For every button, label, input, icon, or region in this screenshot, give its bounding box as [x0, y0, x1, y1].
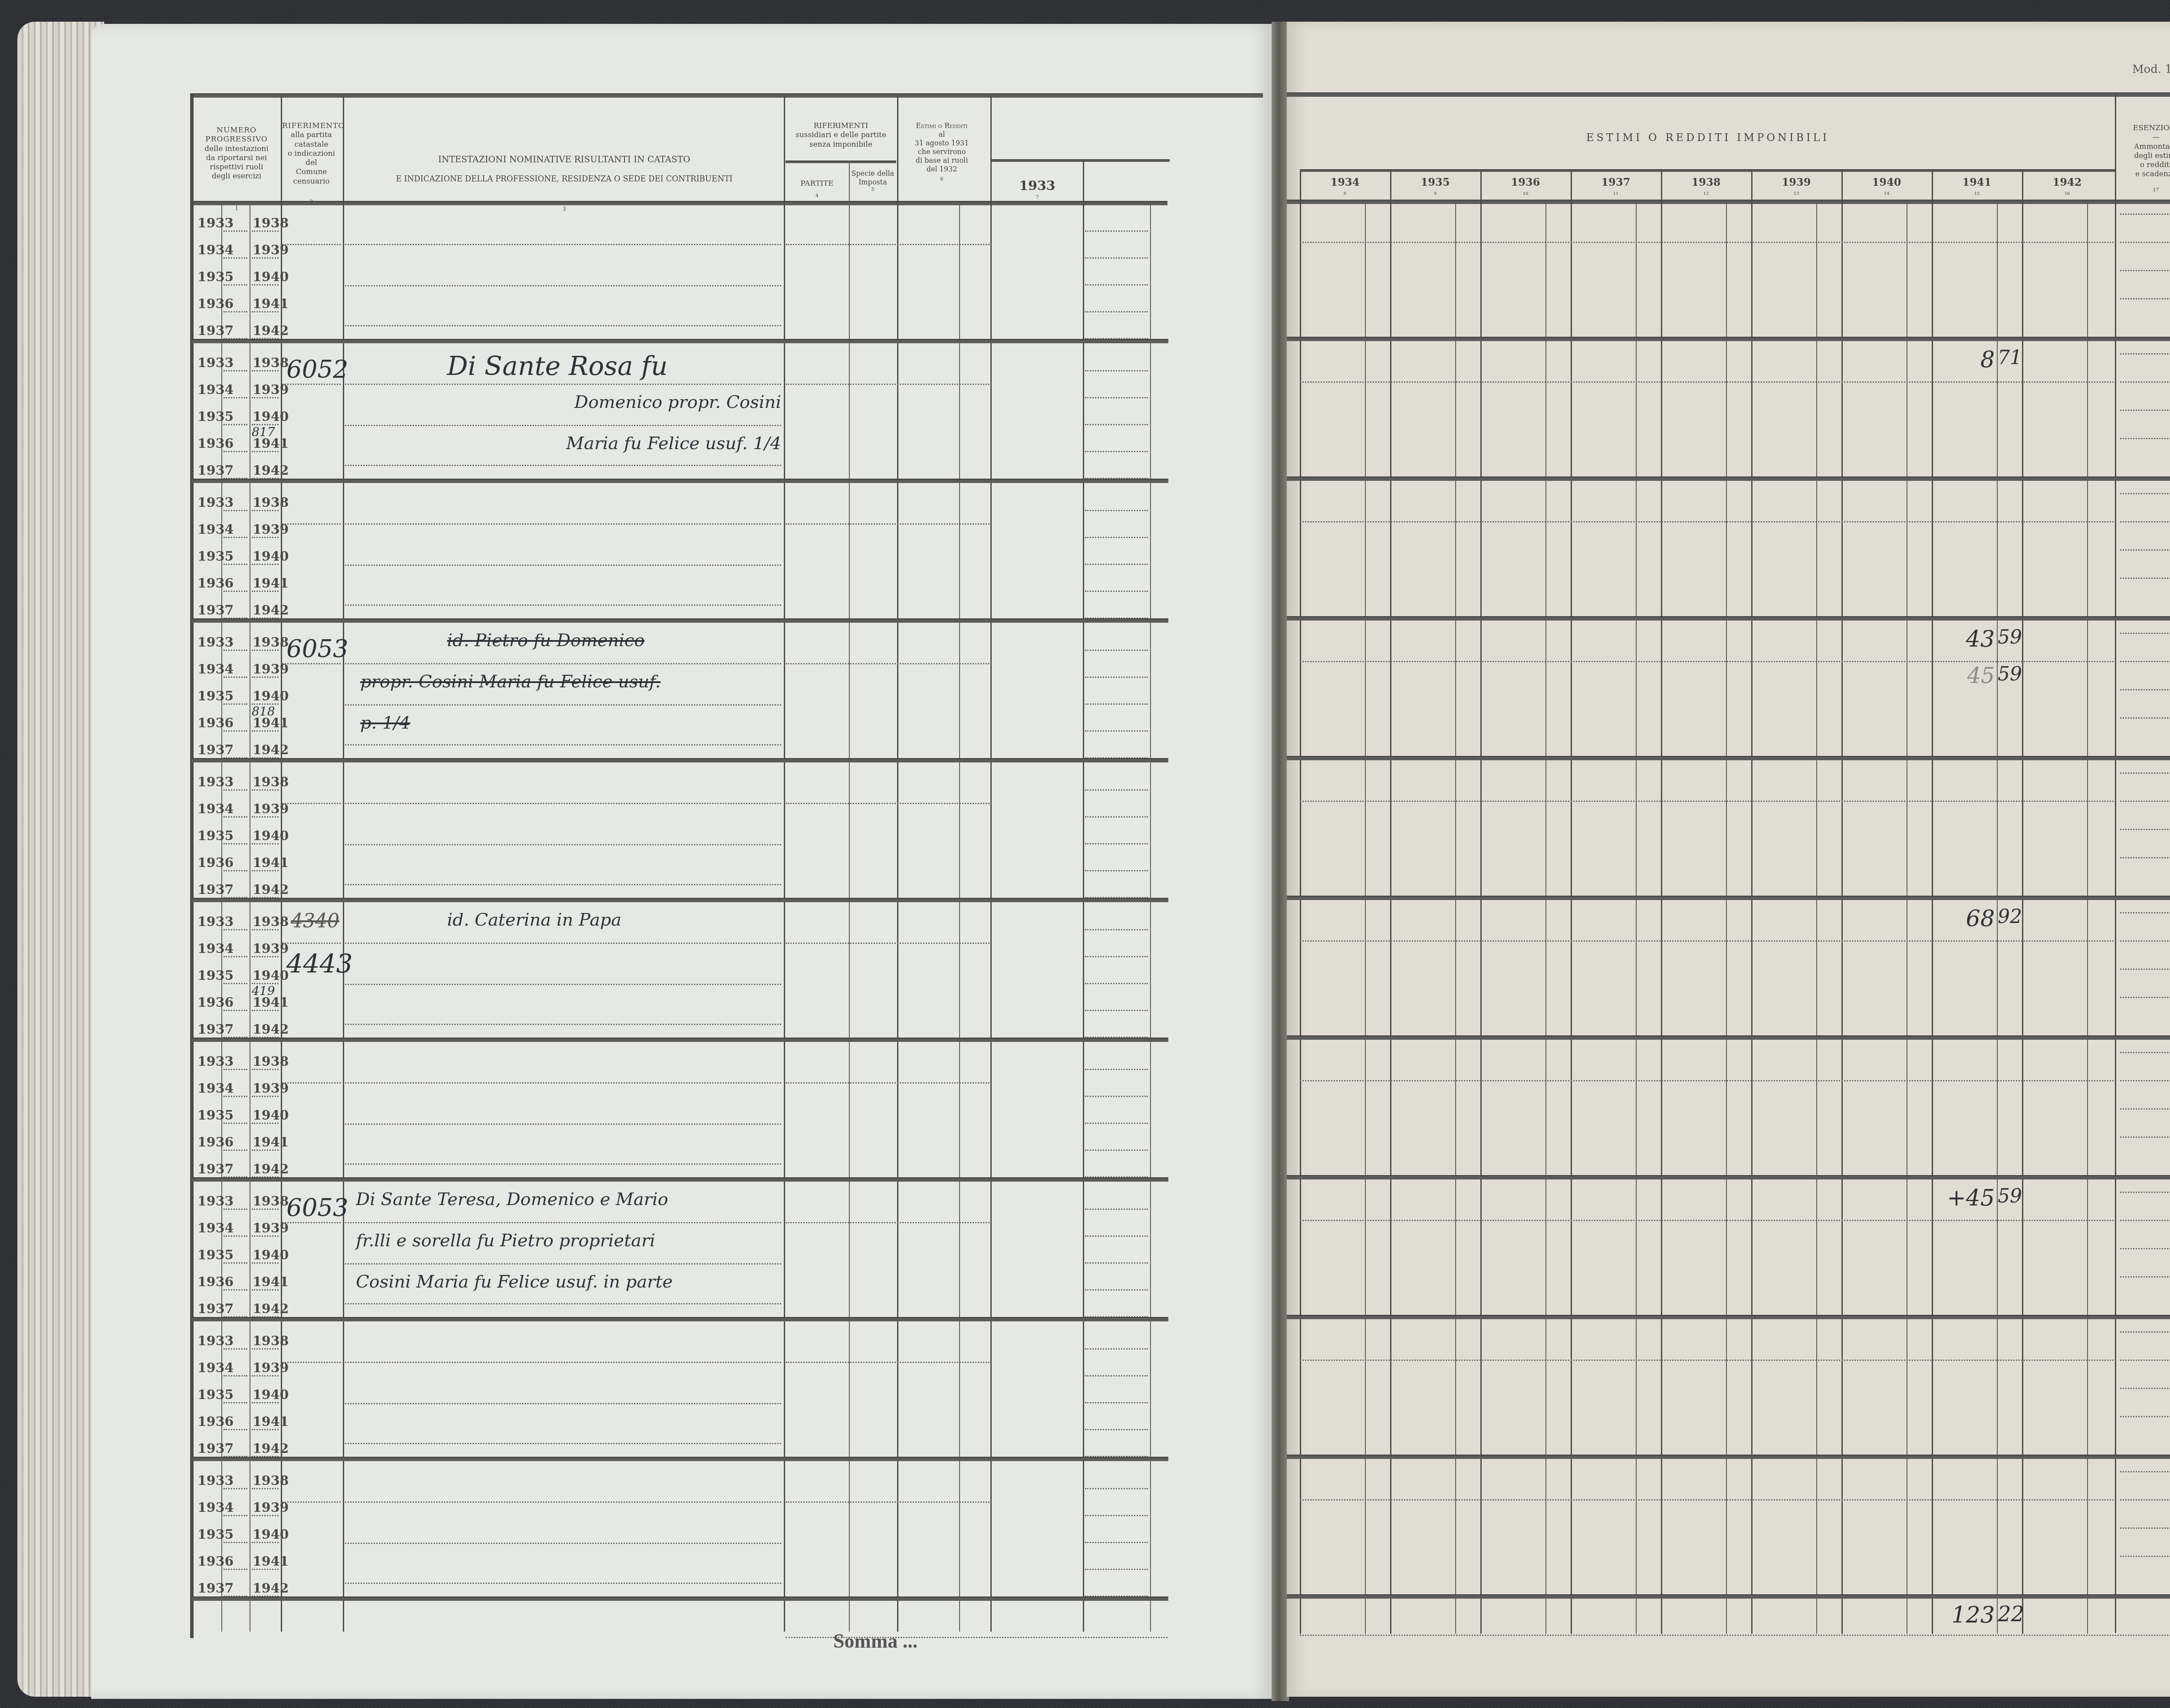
- dotted-rule: [252, 1569, 279, 1570]
- ledger-row: 1933193819341939193519401936194119371942: [91, 203, 1272, 342]
- dotted-rule: [2120, 521, 2170, 522]
- dotted-rule: [1300, 1635, 2170, 1636]
- column-number: 16: [2022, 191, 2112, 197]
- year-label: 1936: [197, 1274, 234, 1290]
- intestazione-line: Cosini Maria fu Felice usuf. in parte: [356, 1272, 673, 1292]
- dotted-rule: [224, 1515, 247, 1516]
- dotted-rule: [224, 1262, 247, 1264]
- year-label: 1934: [197, 1221, 234, 1236]
- column-number: 12: [1661, 191, 1751, 197]
- dotted-rule: [1085, 397, 1148, 398]
- dotted-rule: [2120, 353, 2170, 355]
- dotted-rule: [345, 884, 781, 885]
- year-label: 1934: [1300, 176, 1390, 189]
- dotted-rule: [224, 789, 247, 791]
- year-label: 1940: [253, 1248, 289, 1263]
- year-label: 1941: [253, 1135, 289, 1150]
- dotted-rule: [1085, 956, 1148, 957]
- margin-note: 818: [252, 704, 275, 719]
- dotted-rule: [282, 1222, 341, 1223]
- year-label: 1937: [197, 323, 234, 338]
- dotted-rule: [786, 1082, 990, 1084]
- dotted-rule: [345, 1024, 781, 1025]
- year-label: 1942: [253, 1441, 289, 1456]
- header-col-riferimenti: RIFERIMENTI sussidiari e delle partite s…: [786, 122, 896, 149]
- year-label: 1940: [253, 549, 289, 564]
- dotted-rule: [1085, 703, 1148, 705]
- dotted-rule: [345, 1543, 781, 1544]
- dotted-rule: [1300, 1360, 2114, 1361]
- dotted-rule: [252, 1429, 279, 1430]
- dotted-rule: [1085, 591, 1148, 592]
- dotted-rule: [252, 537, 279, 538]
- header-line: —: [2118, 133, 2170, 142]
- dotted-rule: [224, 1542, 247, 1543]
- dotted-rule: [224, 1069, 247, 1070]
- dotted-rule: [1085, 1209, 1148, 1210]
- header-line: Ammontare: [2118, 142, 2170, 151]
- dotted-rule: [345, 1443, 781, 1444]
- dotted-rule: [345, 663, 781, 664]
- intestazione-line: Maria fu Felice usuf. 1/4: [566, 434, 781, 453]
- dotted-rule: [2120, 1080, 2170, 1081]
- ledger-row: 1933193819341939193519401936194119371942…: [91, 622, 1272, 762]
- header-col-partite: PARTITE 4: [786, 179, 848, 199]
- ledger-row: 1933193819341939193519401936194119371942: [91, 1320, 1272, 1460]
- year-label: 1941: [253, 576, 289, 591]
- dotted-rule: [224, 730, 247, 732]
- year-label: 1942: [253, 742, 289, 758]
- dotted-rule: [1300, 381, 2114, 383]
- dotted-rule: [1300, 1080, 2114, 1081]
- year-1933-subrule: [992, 159, 1170, 162]
- year-label: 1938: [253, 1473, 289, 1488]
- dotted-rule: [1085, 1069, 1148, 1070]
- dotted-rule: [252, 257, 279, 259]
- year-label: 1942: [253, 463, 289, 478]
- year-label: 1935: [197, 1527, 234, 1542]
- year-label: 1933: [992, 178, 1083, 194]
- dotted-rule: [786, 1222, 990, 1223]
- year-label: 1940: [253, 1108, 289, 1123]
- header-title-estimi: ESTIMI O REDDITI IMPONIBILI: [1304, 131, 2111, 144]
- year-label: 1935: [197, 269, 234, 285]
- dotted-rule: [1085, 1150, 1148, 1151]
- dotted-rule: [345, 604, 781, 606]
- dotted-rule: [345, 803, 781, 804]
- dotted-rule: [2120, 213, 2170, 215]
- dotted-rule: [2120, 549, 2170, 551]
- dotted-rule: [1085, 789, 1148, 791]
- year-label: 1935: [197, 409, 234, 424]
- intestazione-line: fr.lli e sorella fu Pietro proprietari: [356, 1231, 655, 1251]
- dotted-rule: [345, 1123, 781, 1125]
- value-1941-corrected-centesimi: 59: [1998, 663, 2022, 685]
- header-line: degli estimi: [2118, 151, 2170, 161]
- header-line: e scadenze: [2118, 170, 2170, 179]
- year-label: 1938: [253, 1054, 289, 1069]
- dotted-rule: [224, 370, 247, 371]
- header-line: alla partita catastale: [282, 131, 341, 149]
- dotted-rule: [252, 789, 279, 791]
- dotted-rule: [345, 465, 781, 466]
- year-label: 1936: [197, 855, 234, 870]
- year-label: 1934: [197, 243, 234, 258]
- year-header-1935: 19359: [1390, 176, 1480, 197]
- dotted-rule: [1085, 816, 1148, 818]
- year-label: 1942: [2022, 176, 2112, 189]
- dotted-rule: [2120, 242, 2170, 243]
- dotted-rule: [252, 510, 279, 511]
- dotted-rule: [1085, 843, 1148, 844]
- year-label: 1937: [197, 1441, 234, 1456]
- dotted-rule: [2120, 270, 2170, 271]
- partita-struck: 4340: [291, 910, 339, 932]
- dotted-rule: [1085, 311, 1148, 312]
- ledger-row: 1933193819341939193519401936194119371942…: [91, 1181, 1272, 1320]
- left-page: NUMERO PROGRESSIVO delle intestazioni da…: [91, 24, 1272, 1699]
- dotted-rule: [345, 425, 781, 426]
- dotted-rule: [282, 523, 341, 525]
- dotted-rule: [2120, 689, 2170, 690]
- dotted-rule: [282, 1501, 341, 1503]
- dotted-rule: [345, 523, 781, 525]
- dotted-rule: [252, 591, 279, 592]
- dotted-rule: [1085, 537, 1148, 538]
- dotted-rule: [345, 1163, 781, 1165]
- dotted-rule: [1085, 1235, 1148, 1237]
- dotted-rule: [282, 1362, 341, 1363]
- column-number: 6: [898, 176, 985, 182]
- year-label: 1933: [197, 355, 234, 371]
- dotted-rule: [786, 943, 990, 944]
- dotted-rule: [252, 397, 279, 398]
- year-label: 1940: [253, 409, 289, 424]
- dotted-rule: [252, 311, 279, 312]
- dotted-rule: [2120, 1331, 2170, 1333]
- dotted-rule: [224, 1402, 247, 1403]
- riferimenti-subrule: [786, 161, 896, 163]
- value-1941-centesimi: 59: [1998, 1185, 2022, 1207]
- dotted-rule: [345, 943, 781, 944]
- year-header-1940: 194014: [1841, 176, 1932, 197]
- column-number: 8: [1300, 191, 1390, 197]
- ledger-row: 1933193819341939193519401936194119371942…: [91, 901, 1272, 1041]
- dotted-rule: [1085, 424, 1148, 425]
- dotted-rule: [252, 870, 279, 871]
- year-label: 1940: [253, 1527, 289, 1542]
- dotted-rule: [786, 1362, 990, 1363]
- dotted-rule: [252, 1069, 279, 1070]
- dotted-rule: [2120, 1136, 2170, 1138]
- year-label: 1935: [197, 689, 234, 704]
- header-line: delle intestazioni: [193, 145, 280, 154]
- dotted-rule: [224, 843, 247, 844]
- dotted-rule: [1085, 983, 1148, 984]
- value-1941-centesimi: 92: [1998, 906, 2022, 928]
- dotted-rule: [1085, 1123, 1148, 1124]
- ledger-row: +4559920: [1287, 1179, 2170, 1318]
- value-1941-lire: 68: [1940, 906, 1995, 932]
- year-label: 1933: [197, 635, 234, 650]
- dotted-rule: [1085, 1429, 1148, 1430]
- year-label: 1937: [197, 1022, 234, 1037]
- dotted-rule: [1085, 1348, 1148, 1350]
- ledger-row: [1287, 480, 2170, 620]
- header-title: RIFERIMENTI: [786, 122, 896, 131]
- dotted-rule: [1085, 650, 1148, 651]
- dotted-rule: [2120, 912, 2170, 913]
- year-label: 1938: [253, 355, 289, 371]
- dotted-rule: [252, 1123, 279, 1124]
- left-ledger-table: NUMERO PROGRESSIVO delle intestazioni da…: [91, 24, 1272, 1699]
- year-label: 1937: [1571, 176, 1661, 189]
- year-label: 1938: [253, 775, 289, 790]
- year-label: 1941: [253, 296, 289, 312]
- dotted-rule: [345, 285, 781, 286]
- year-label: 1934: [197, 801, 234, 817]
- year-label: 1937: [197, 1162, 234, 1177]
- dotted-rule: [786, 803, 990, 804]
- dotted-rule: [1085, 1488, 1148, 1489]
- dotted-rule: [224, 510, 247, 511]
- column-number: 15: [1932, 191, 2022, 197]
- dotted-rule: [224, 451, 247, 452]
- year-label: 1941: [253, 855, 289, 870]
- header-col-numero-progressivo: NUMERO PROGRESSIVO delle intestazioni da…: [193, 126, 280, 212]
- dotted-rule: [345, 744, 781, 746]
- year-label: 1934: [197, 1081, 234, 1096]
- year-header-1938: 193812: [1661, 176, 1751, 197]
- value-1941-centesimi: 59: [1998, 626, 2022, 648]
- dotted-rule: [2120, 298, 2170, 299]
- year-label: 1942: [253, 323, 289, 338]
- dotted-rule: [2120, 1248, 2170, 1249]
- year-header-1941: 194115: [1932, 176, 2022, 197]
- dotted-rule: [252, 650, 279, 651]
- year-label: 1942: [253, 882, 289, 897]
- year-label: 1936: [197, 576, 234, 591]
- header-title: PARTITE: [786, 179, 848, 188]
- year-label: 1934: [197, 1360, 234, 1376]
- column-number: 14: [1841, 191, 1932, 197]
- dotted-rule: [282, 943, 341, 944]
- year-label: 1938: [253, 1334, 289, 1349]
- intestazione-line: Domenico propr. Cosini: [574, 392, 781, 412]
- year-label: 1942: [253, 1022, 289, 1037]
- dotted-rule: [224, 537, 247, 538]
- dotted-rule: [2120, 661, 2170, 662]
- dotted-rule: [2120, 801, 2170, 802]
- year-label: 1937: [197, 1301, 234, 1317]
- ledger-row: 43594559: [1287, 620, 2170, 759]
- dotted-rule: [224, 650, 247, 651]
- dotted-rule: [2120, 772, 2170, 774]
- dotted-rule: [1300, 661, 2114, 662]
- year-label: 1933: [197, 1054, 234, 1069]
- dotted-rule: [2120, 1556, 2170, 1557]
- dotted-rule: [252, 284, 279, 286]
- header-title: Specie della Imposta: [850, 169, 896, 187]
- ledger-row: [1287, 759, 2170, 899]
- dotted-rule: [252, 843, 279, 844]
- year-label: 1935: [197, 828, 234, 844]
- dotted-rule: [1085, 1569, 1148, 1570]
- ledger-row: 1933193819341939193519401936194119371942: [91, 762, 1272, 901]
- dotted-rule: [2120, 1220, 2170, 1221]
- right-page: Mod. 111 - Imposte Dirette (Intercalare)…: [1287, 22, 2170, 1697]
- header-col-esenzioni: ESENZIONI — Ammontare degli estimi o red…: [2118, 124, 2170, 193]
- header-line: di base ai ruoli: [898, 156, 985, 165]
- partita-number: 4443: [286, 949, 353, 979]
- dotted-rule: [224, 956, 247, 957]
- year-header-1934: 19348: [1300, 176, 1390, 197]
- dotted-rule: [224, 816, 247, 818]
- year-label: 1933: [197, 1334, 234, 1349]
- dotted-rule: [252, 730, 279, 732]
- dotted-rule: [2120, 940, 2170, 942]
- year-label: 1936: [197, 716, 234, 731]
- year-label: 1935: [1390, 176, 1480, 189]
- year-label: 1937: [197, 603, 234, 618]
- dotted-rule: [224, 1429, 247, 1430]
- dotted-rule: [1085, 510, 1148, 511]
- intestazione-line: id. Caterina in Papa: [447, 910, 621, 930]
- dotted-rule: [2120, 410, 2170, 411]
- dotted-rule: [786, 663, 990, 664]
- header-col-estimi-1931: Estimi o Redditi al 31 agosto 1931 che s…: [898, 122, 985, 182]
- year-header-1942: 194216: [2022, 176, 2112, 197]
- somma-row: [91, 1600, 1272, 1652]
- partita-number: 6053: [286, 1194, 349, 1222]
- dotted-rule: [2120, 969, 2170, 970]
- year-label: 1936: [197, 1554, 234, 1569]
- dotted-rule: [1085, 929, 1148, 930]
- header-title: INTESTAZIONI NOMINATIVE RISULTANTI IN CA…: [345, 154, 783, 165]
- dotted-rule: [2120, 438, 2170, 439]
- year-label: 1933: [197, 216, 234, 231]
- header-line: o indicazioni: [282, 149, 341, 158]
- header-line: Comune censuario: [282, 168, 341, 186]
- dotted-rule: [1085, 730, 1148, 732]
- dotted-rule: [224, 1375, 247, 1376]
- dotted-rule: [252, 370, 279, 371]
- dotted-rule: [282, 1082, 341, 1084]
- year-label: 1936: [197, 296, 234, 312]
- year-label: 1935: [197, 549, 234, 564]
- dotted-rule: [224, 1289, 247, 1291]
- dotted-rule: [1300, 1499, 2114, 1501]
- dotted-rule: [345, 384, 781, 385]
- value-1941-lire: 8: [1940, 347, 1995, 373]
- dotted-rule: [345, 1222, 781, 1223]
- dotted-rule: [1300, 940, 2114, 942]
- year-header-1939: 193913: [1751, 176, 1841, 197]
- year-label: 1936: [1480, 176, 1571, 189]
- year-label: 1934: [197, 662, 234, 677]
- dotted-rule: [224, 1010, 247, 1011]
- dotted-rule: [224, 1348, 247, 1350]
- dotted-rule: [252, 816, 279, 818]
- dotted-rule: [345, 565, 781, 566]
- dotted-rule: [1085, 564, 1148, 565]
- dotted-rule: [2120, 1527, 2170, 1529]
- intestazione-line: id. Pietro fu Domenico: [447, 631, 644, 650]
- dotted-rule: [252, 1235, 279, 1237]
- year-label: 1938: [253, 216, 289, 231]
- header-line: sussidiari e delle partite: [786, 131, 896, 140]
- ledger-row: 1933193819341939193519401936194119371942…: [91, 342, 1272, 482]
- dotted-rule: [2120, 1052, 2170, 1053]
- margin-note: 419: [252, 984, 275, 998]
- header-title: NUMERO PROGRESSIVO: [193, 126, 280, 145]
- dotted-rule: [224, 424, 247, 425]
- header-col-1933: 1933 7: [992, 178, 1083, 200]
- dotted-rule: [224, 1209, 247, 1210]
- dotted-rule: [224, 1123, 247, 1124]
- ledger-row: [1287, 200, 2170, 340]
- year-label: 1937: [197, 882, 234, 897]
- year-label: 1934: [197, 522, 234, 537]
- year-label: 1938: [253, 914, 289, 930]
- dotted-rule: [786, 523, 990, 525]
- dotted-rule: [345, 1403, 781, 1404]
- dotted-rule: [1300, 242, 2114, 243]
- dotted-rule: [252, 956, 279, 957]
- column-number: 9: [1390, 191, 1480, 197]
- dotted-rule: [345, 1303, 781, 1304]
- dotted-rule: [1085, 677, 1148, 678]
- years-subrule: [1300, 169, 2116, 172]
- dotted-rule: [1085, 370, 1148, 371]
- dotted-rule: [252, 1375, 279, 1376]
- year-label: 1936: [197, 436, 234, 451]
- year-label: 1940: [253, 269, 289, 285]
- year-label: 1933: [197, 1473, 234, 1488]
- dotted-rule: [252, 1402, 279, 1403]
- dotted-rule: [1085, 1542, 1148, 1543]
- dotted-rule: [252, 929, 279, 930]
- ledger-row: 6892921: [1287, 899, 2170, 1039]
- year-header-1937: 193711: [1571, 176, 1661, 197]
- dotted-rule: [252, 1348, 279, 1350]
- dotted-rule: [224, 1569, 247, 1570]
- ledger-row: [1287, 1458, 2170, 1598]
- dotted-rule: [345, 244, 781, 245]
- year-label: 1935: [197, 1387, 234, 1403]
- dotted-rule: [282, 244, 341, 245]
- dotted-rule: [345, 1082, 781, 1084]
- dotted-rule: [252, 1289, 279, 1291]
- dotted-rule: [1085, 1010, 1148, 1011]
- dotted-rule: [252, 1096, 279, 1097]
- dotted-rule: [224, 311, 247, 312]
- dotted-rule: [2120, 1108, 2170, 1110]
- year-label: 1936: [197, 1414, 234, 1429]
- dotted-rule: [224, 1096, 247, 1097]
- header-line: 31 agosto 1931: [898, 139, 985, 148]
- dotted-rule: [224, 230, 247, 232]
- dotted-rule: [282, 803, 341, 804]
- column-number: 5: [850, 187, 896, 193]
- margin-note: 817: [252, 425, 275, 439]
- year-label: 1934: [197, 941, 234, 956]
- year-label: 1938: [253, 495, 289, 510]
- year-label: 1937: [197, 463, 234, 478]
- column-number: 13: [1751, 191, 1841, 197]
- value-1941-lire: 43: [1940, 626, 1995, 652]
- column-number: 4: [786, 193, 848, 199]
